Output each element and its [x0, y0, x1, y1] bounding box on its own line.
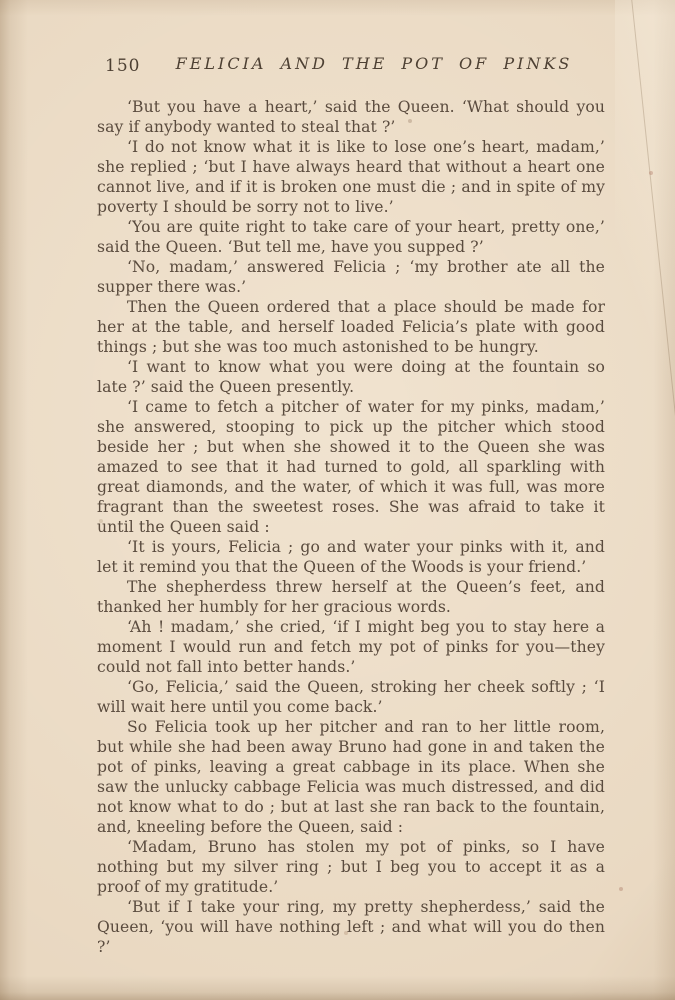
paragraph: ‘But you have a heart,’ said the Queen. …	[97, 97, 605, 137]
paragraph: ‘Go, Felicia,’ said the Queen, stroking …	[97, 677, 605, 717]
paragraph: Then the Queen ordered that a place shou…	[97, 297, 605, 357]
book-page: 150 FELICIA AND THE POT OF PINKS ‘But yo…	[0, 0, 675, 1000]
page-text: ‘But you have a heart,’ said the Queen. …	[97, 97, 605, 957]
paragraph: ‘But if I take your ring, my pretty shep…	[97, 897, 605, 957]
paragraph: ‘I do not know what it is like to lose o…	[97, 137, 605, 217]
page-corner-fold-highlight	[615, 0, 675, 420]
page-number: 150	[105, 56, 140, 76]
paragraph: ‘I came to fetch a pitcher of water for …	[97, 397, 605, 537]
paragraph: ‘No, madam,’ answered Felicia ; ‘my brot…	[97, 257, 605, 297]
paragraph: So Felicia took up her pitcher and ran t…	[97, 717, 605, 837]
paragraph: ‘It is yours, Felicia ; go and water you…	[97, 537, 605, 577]
page-corner-crease	[630, 0, 675, 485]
paragraph: ‘Ah ! madam,’ she cried, ‘if I might beg…	[97, 617, 605, 677]
paragraph: The shepherdess threw herself at the Que…	[97, 577, 605, 617]
paper-foxing-specks	[0, 0, 2, 2]
paragraph: ‘Madam, Bruno has stolen my pot of pinks…	[97, 837, 605, 897]
paragraph: ‘You are quite right to take care of you…	[97, 217, 605, 257]
page-header: 150 FELICIA AND THE POT OF PINKS	[97, 54, 605, 80]
paragraph: ‘I want to know what you were doing at t…	[97, 357, 605, 397]
running-title: FELICIA AND THE POT OF PINKS	[97, 54, 605, 73]
